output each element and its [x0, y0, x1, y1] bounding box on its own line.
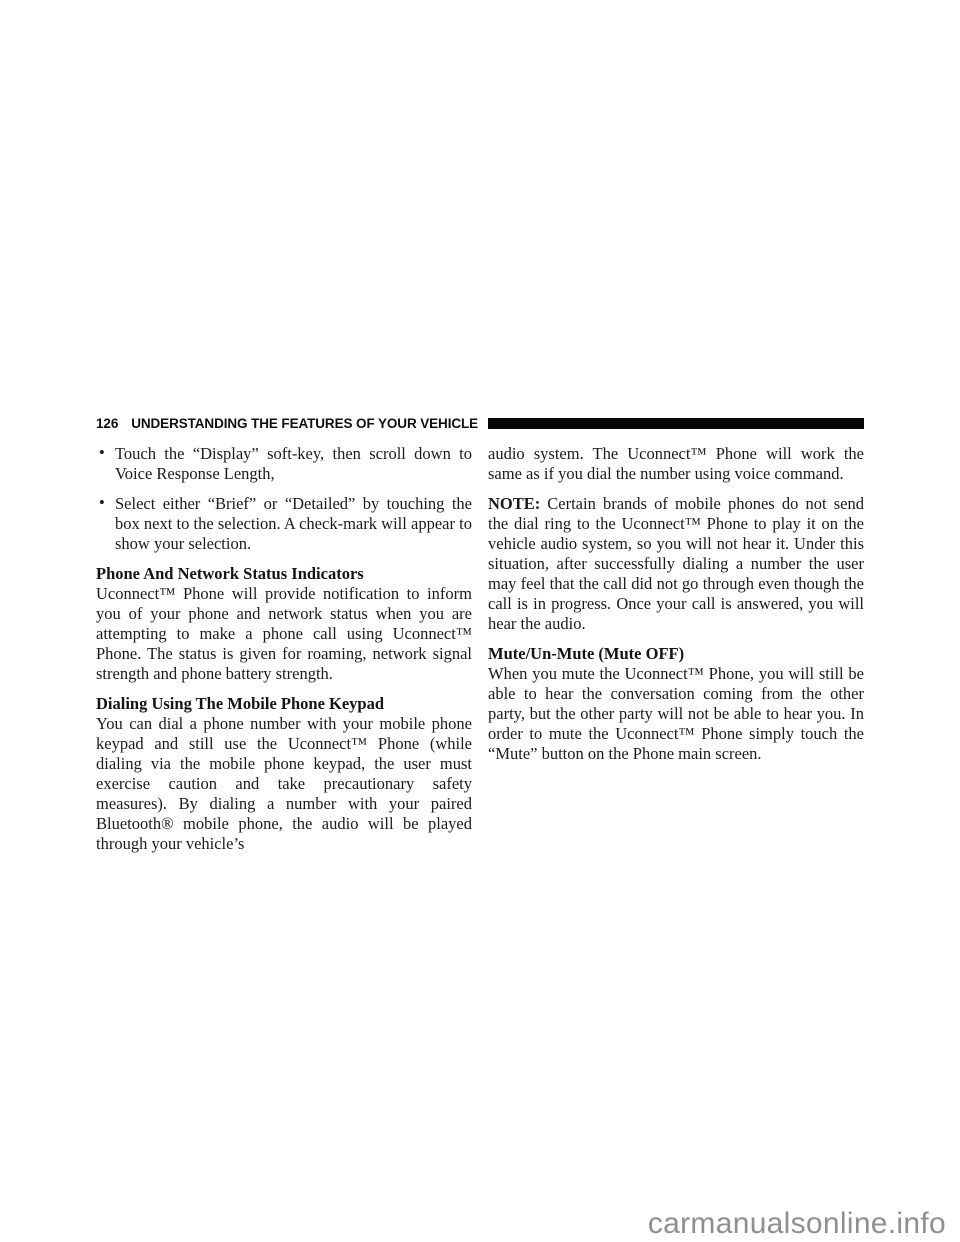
section-body: Uconnect™ Phone will provide notificatio… [96, 584, 472, 684]
bullet-icon: • [99, 493, 105, 513]
section-body: When you mute the Uconnect™ Phone, you w… [488, 664, 864, 764]
section-body: You can dial a phone number with your mo… [96, 714, 472, 854]
content-columns: • Touch the “Display” soft-key, then scr… [96, 444, 864, 864]
list-item-text: Touch the “Display” soft-key, then scrol… [115, 444, 472, 483]
left-column: • Touch the “Display” soft-key, then scr… [96, 444, 472, 864]
section-heading: Dialing Using The Mobile Phone Keypad [96, 694, 472, 714]
list-item-text: Select either “Brief” or “Detailed” by t… [115, 494, 472, 553]
paragraph-continuation: audio system. The Uconnect™ Phone will w… [488, 444, 864, 484]
right-column: audio system. The Uconnect™ Phone will w… [488, 444, 864, 864]
note-label: NOTE: [488, 494, 540, 513]
page-number: 126 [96, 416, 118, 431]
header-rule-bar [488, 418, 864, 429]
page-header: 126 UNDERSTANDING THE FEATURES OF YOUR V… [96, 416, 864, 431]
list-item: • Select either “Brief” or “Detailed” by… [96, 494, 472, 554]
watermark-text: carmanualsonline.info [648, 1207, 946, 1241]
page-title: UNDERSTANDING THE FEATURES OF YOUR VEHIC… [131, 416, 478, 431]
note-body: Certain brands of mobile phones do not s… [488, 494, 864, 633]
section-heading: Phone And Network Status Indicators [96, 564, 472, 584]
list-item: • Touch the “Display” soft-key, then scr… [96, 444, 472, 484]
bullet-icon: • [99, 443, 105, 463]
section-heading: Mute/Un-Mute (Mute OFF) [488, 644, 864, 664]
note-paragraph: NOTE:Certain brands of mobile phones do … [488, 494, 864, 634]
